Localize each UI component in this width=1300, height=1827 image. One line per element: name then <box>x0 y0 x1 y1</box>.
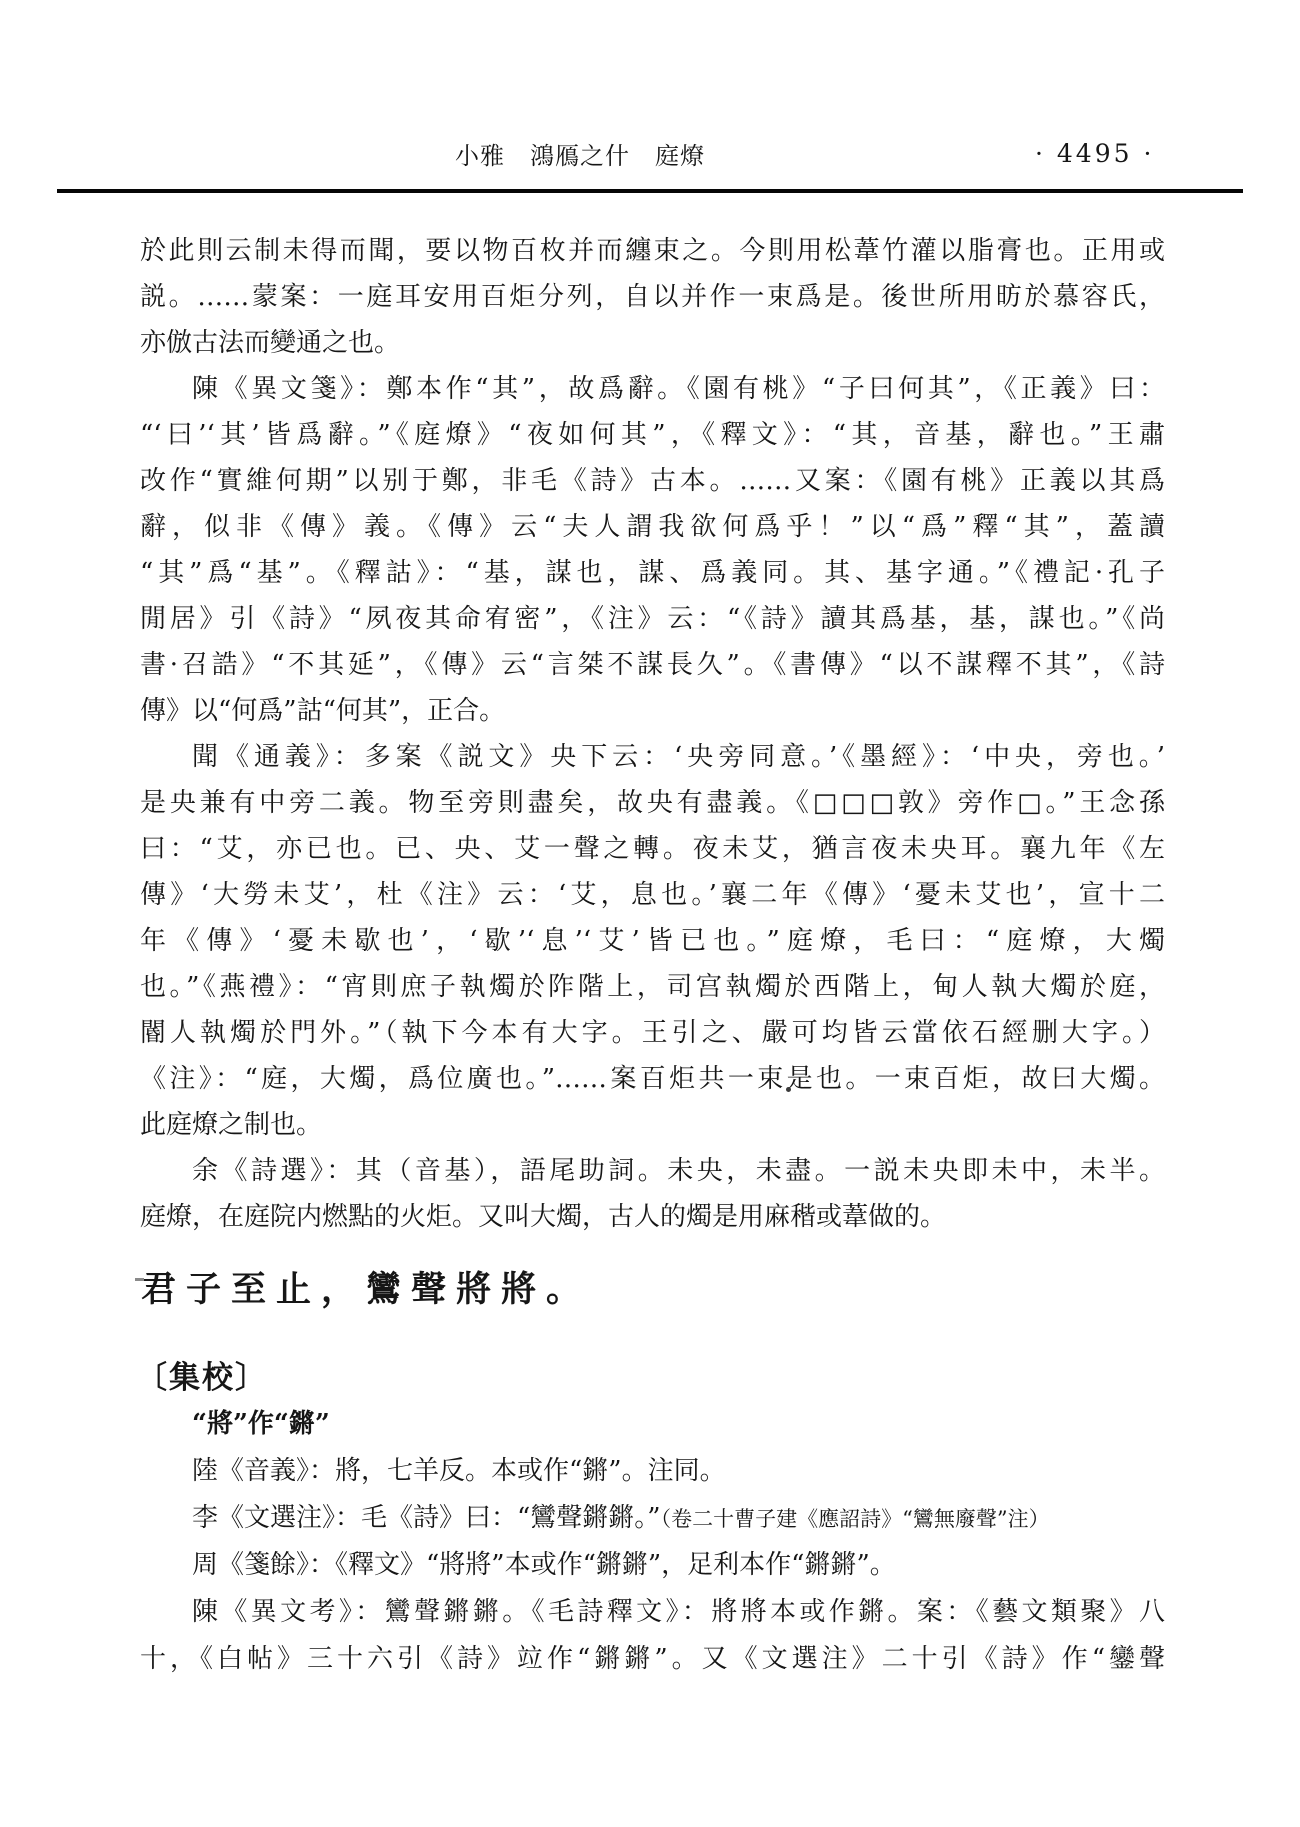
page-number: · 4495 · <box>1035 139 1154 168</box>
body-line: 説。……蒙案：一庭耳安用百炬分列，自以并作一束爲是。後世所用昉於慕容氏， <box>140 274 1165 320</box>
body-line: 亦倣古法而變通之也。 <box>140 320 1165 366</box>
header-rule <box>57 189 1243 193</box>
body-line: 余《詩選》：其（音基），語尾助詞。未央，未盡。一説未央即未中，未半。 <box>140 1148 1165 1194</box>
entry-line-lu: 陸《音義》：將，七羊反。本或作“鏘”。注同。 <box>140 1448 1165 1495</box>
variant-subheading: “將”作“鏘” <box>140 1401 1165 1448</box>
body-line: 年《傳》‘憂未歇也’，‘歇’‘息’‘艾’皆已也。”庭燎，毛曰：“庭燎，大燭 <box>140 918 1165 964</box>
body-line: 此庭燎之制也。 <box>140 1102 1165 1148</box>
jijiao-section-heading: 〔集校〕 <box>136 1352 268 1397</box>
verse-heading: 君子至止，鸞聲將將。 <box>141 1262 591 1312</box>
entry-li-main: 李《文選注》：毛《詩》曰：“鸞聲鏘鏘。” <box>192 1503 661 1533</box>
body-line: 是央兼有中旁二義。物至旁則盡矣，故央有盡義。《□□□敦》旁作□。”王念孫 <box>140 780 1165 826</box>
body-line: 閒居》引《詩》“夙夜其命宥密”，《注》云：“《詩》讀其爲基，基，謀也。”《尚 <box>140 596 1165 642</box>
body-text-block: 於此則云制未得而聞，要以物百枚并而纏束之。今則用松葦竹灌以脂膏也。正用或 説。…… <box>140 228 1165 1240</box>
scanned-book-page: 小雅 鴻鴈之什 庭燎 · 4495 · 於此則云制未得而聞，要以物百枚并而纏束之… <box>0 0 1300 1827</box>
entry-line-zhou: 周《箋餘》：《釋文》“將將”本或作“鏘鏘”，足利本作“鏘鏘”。 <box>140 1542 1165 1589</box>
jijiao-block: “將”作“鏘” 陸《音義》：將，七羊反。本或作“鏘”。注同。 李《文選注》：毛《… <box>140 1401 1165 1683</box>
body-line: “其”爲“基”。《釋詁》：“基，謀也，謀、爲義同。其、基字通。”《禮記·孔子 <box>140 550 1165 596</box>
body-line: 閽人執燭於門外。”（執下今本有大字。王引之、嚴可均皆云當依石經删大字。） <box>140 1010 1165 1056</box>
entry-li-note: （卷二十曹子建《應詔詩》“鸞無廢聲”注） <box>661 1507 1050 1531</box>
body-line: 傳》以“何爲”詁“何其”，正合。 <box>140 688 1165 734</box>
body-line: 書·召誥》“不其延”，《傳》云“言桀不謀長久”。《書傳》“以不謀釋不其”，《詩 <box>140 642 1165 688</box>
ink-speck <box>786 1087 791 1092</box>
ink-speck <box>135 1278 144 1281</box>
body-line: 《注》：“庭，大燭，爲位廣也。”……案百炬共一束是也。一束百炬，故曰大燭。 <box>140 1056 1165 1102</box>
body-line: 傳》‘大勞未艾’，杜《注》云：‘艾，息也。’襄二年《傳》‘憂未艾也’，宣十二 <box>140 872 1165 918</box>
entry-line-li: 李《文選注》：毛《詩》曰：“鸞聲鏘鏘。”（卷二十曹子建《應詔詩》“鸞無廢聲”注） <box>140 1495 1165 1542</box>
body-line: 聞《通義》：多案《説文》央下云：‘央旁同意。’《墨經》：‘中央，旁也。’ <box>140 734 1165 780</box>
body-line: 於此則云制未得而聞，要以物百枚并而纏束之。今則用松葦竹灌以脂膏也。正用或 <box>140 228 1165 274</box>
running-header-title: 小雅 鴻鴈之什 庭燎 <box>455 136 705 171</box>
entry-line-chen: 陳《異文考》：鸞聲鏘鏘。《毛詩釋文》：將將本或作鏘。案：《藝文類聚》八 <box>140 1589 1165 1636</box>
body-line: 庭燎，在庭院内燃點的火炬。又叫大燭，古人的燭是用麻稭或葦做的。 <box>140 1194 1165 1240</box>
body-line: “‘曰’‘其’皆爲辭。”《庭燎》“夜如何其”，《釋文》：“其，音基，辭也。”王肅 <box>140 412 1165 458</box>
body-line: 曰：“艾，亦已也。已、央、艾一聲之轉。夜未艾，猶言夜未央耳。襄九年《左 <box>140 826 1165 872</box>
body-line: 改作“實維何期”以别于鄭，非毛《詩》古本。……又案：《園有桃》正義以其爲 <box>140 458 1165 504</box>
body-line: 也。”《燕禮》：“宵則庶子執燭於阼階上，司宫執燭於西階上，甸人執大燭於庭， <box>140 964 1165 1010</box>
body-line: 辭，似非《傳》義。《傳》云“夫人謂我欲何爲乎！”以“爲”釋“其”，蓋讀 <box>140 504 1165 550</box>
entry-line-chen-cont: 十，《白帖》三十六引《詩》竝作“鏘鏘”。又《文選注》二十引《詩》作“鑾聲 <box>140 1636 1165 1683</box>
body-line: 陳《異文箋》：鄭本作“其”，故爲辭。《園有桃》“子曰何其”，《正義》曰： <box>140 366 1165 412</box>
